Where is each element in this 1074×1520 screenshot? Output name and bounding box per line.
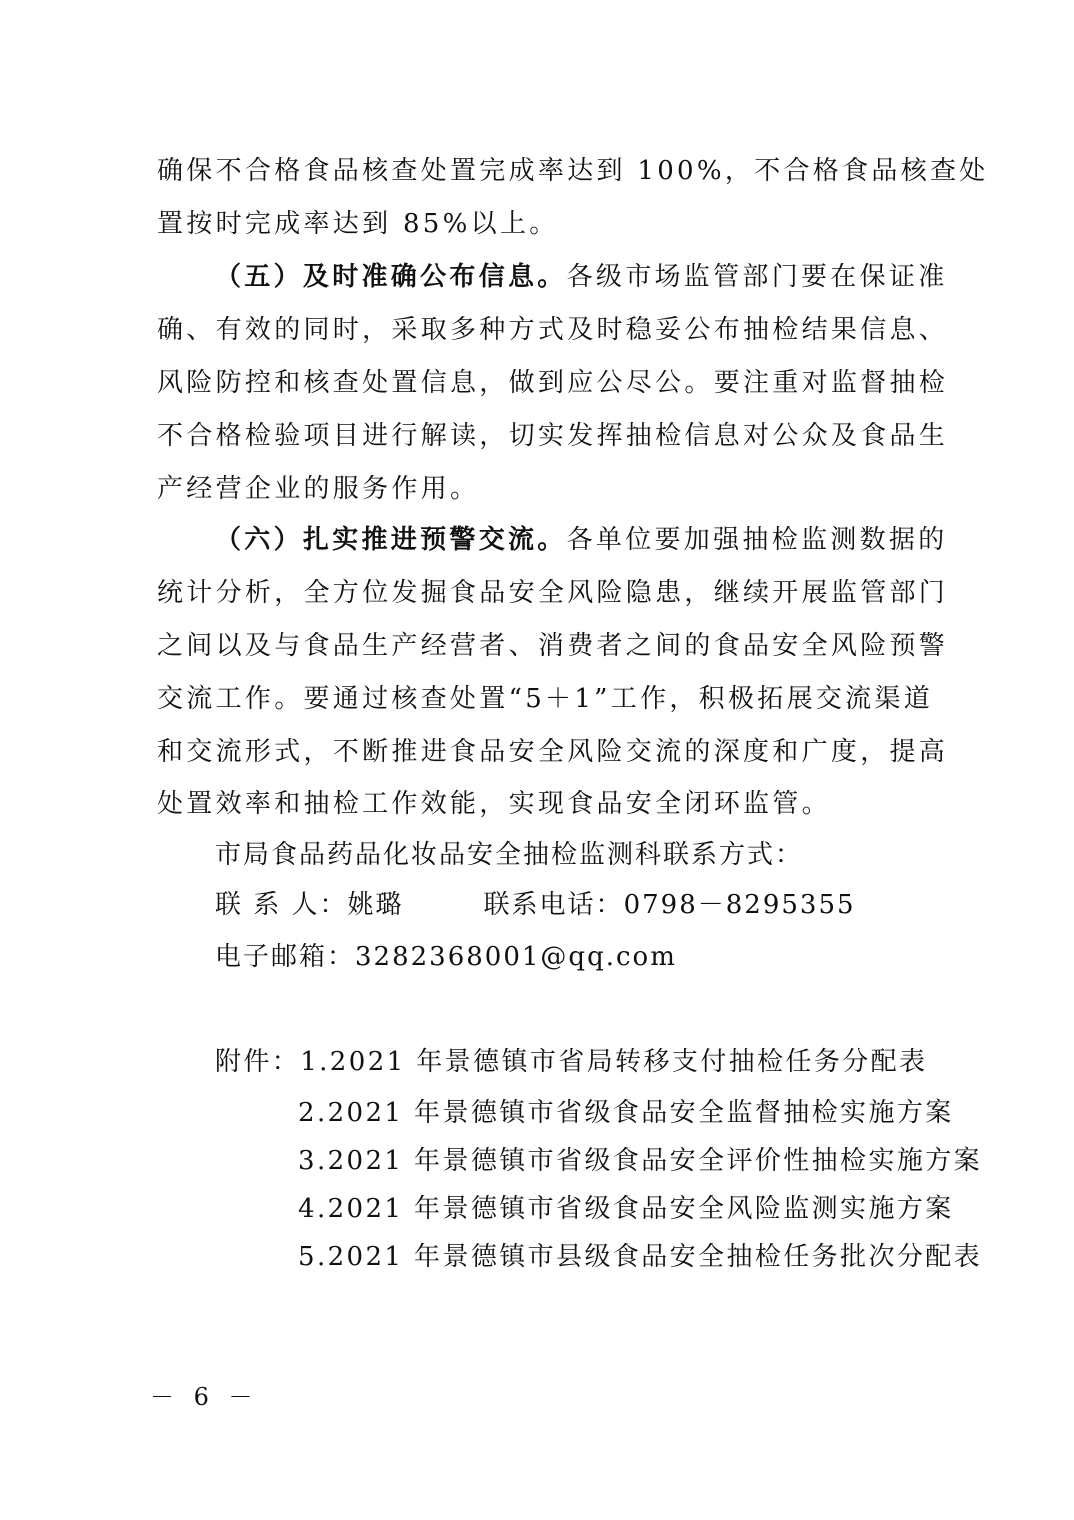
paragraph-line: 确、有效的同时，采取多种方式及时稳妥公布抽检结果信息、: [157, 313, 947, 347]
paragraph-line: 置按时完成率达到 85%以上。: [157, 207, 947, 241]
paragraph-line: 产经营企业的服务作用。: [157, 472, 947, 506]
paragraph-line: 和交流形式，不断推进食品安全风险交流的深度和广度，提高: [157, 735, 947, 769]
contact-title: 市局食品药品化妆品安全抽检监测科联系方式：: [215, 838, 1005, 872]
paragraph-line: 不合格检验项目进行解读，切实发挥抽检信息对公众及食品生: [157, 419, 947, 453]
attachment-item: 5.2021 年景德镇市县级食品安全抽检任务批次分配表: [298, 1240, 1074, 1274]
section-5-heading: （五）及时准确公布信息。: [215, 262, 567, 292]
attachment-item: 1.2021 年景德镇市省局转移支付抽检任务分配表: [300, 1047, 927, 1077]
section-6-text: 各单位要加强抽检监测数据的: [567, 525, 948, 555]
contact-person-label: 联 系 人：: [215, 890, 348, 920]
section-6-first-line: （六）扎实推进预警交流。各单位要加强抽检监测数据的: [215, 523, 1005, 557]
page-number: － 6 －: [150, 1380, 259, 1414]
attachment-item: 4.2021 年景德镇市省级食品安全风险监测实施方案: [298, 1192, 1074, 1226]
document-page: 确保不合格食品核查处置完成率达到 100%，不合格食品核查处 置按时完成率达到 …: [0, 0, 1074, 1520]
contact-person-name: 姚璐: [348, 890, 404, 920]
paragraph-line: 交流工作。要通过核查处置“5＋1”工作，积极拓展交流渠道: [157, 682, 947, 716]
contact-phone: 0798－8295355: [624, 890, 856, 920]
attachment-row: 附件：1.2021 年景德镇市省局转移支付抽检任务分配表: [215, 1045, 1005, 1079]
paragraph-line: 统计分析，全方位发掘食品安全风险隐患，继续开展监管部门: [157, 576, 947, 610]
contact-email-row: 电子邮箱：3282368001@qq.com: [215, 940, 1005, 974]
attachments-label: 附件：: [215, 1047, 300, 1077]
attachment-item: 2.2021 年景德镇市省级食品安全监督抽检实施方案: [298, 1096, 1074, 1130]
contact-person-row: 联 系 人：姚璐联系电话：0798－8295355: [215, 888, 1005, 922]
contact-email-label: 电子邮箱：: [215, 942, 355, 972]
section-5-first-line: （五）及时准确公布信息。各级市场监管部门要在保证准: [215, 260, 1005, 294]
contact-email[interactable]: 3282368001@qq.com: [355, 942, 677, 972]
paragraph-line: 风险防控和核查处置信息，做到应公尽公。要注重对监督抽检: [157, 366, 947, 400]
attachment-item: 3.2021 年景德镇市省级食品安全评价性抽检实施方案: [298, 1144, 1074, 1178]
section-5-text: 各级市场监管部门要在保证准: [567, 262, 948, 292]
paragraph-line: 之间以及与食品生产经营者、消费者之间的食品安全风险预警: [157, 629, 947, 663]
paragraph-line: 确保不合格食品核查处置完成率达到 100%，不合格食品核查处: [157, 154, 947, 188]
contact-phone-label: 联系电话：: [484, 890, 624, 920]
paragraph-line: 处置效率和抽检工作效能，实现食品安全闭环监管。: [157, 787, 947, 821]
section-6-heading: （六）扎实推进预警交流。: [215, 525, 567, 555]
